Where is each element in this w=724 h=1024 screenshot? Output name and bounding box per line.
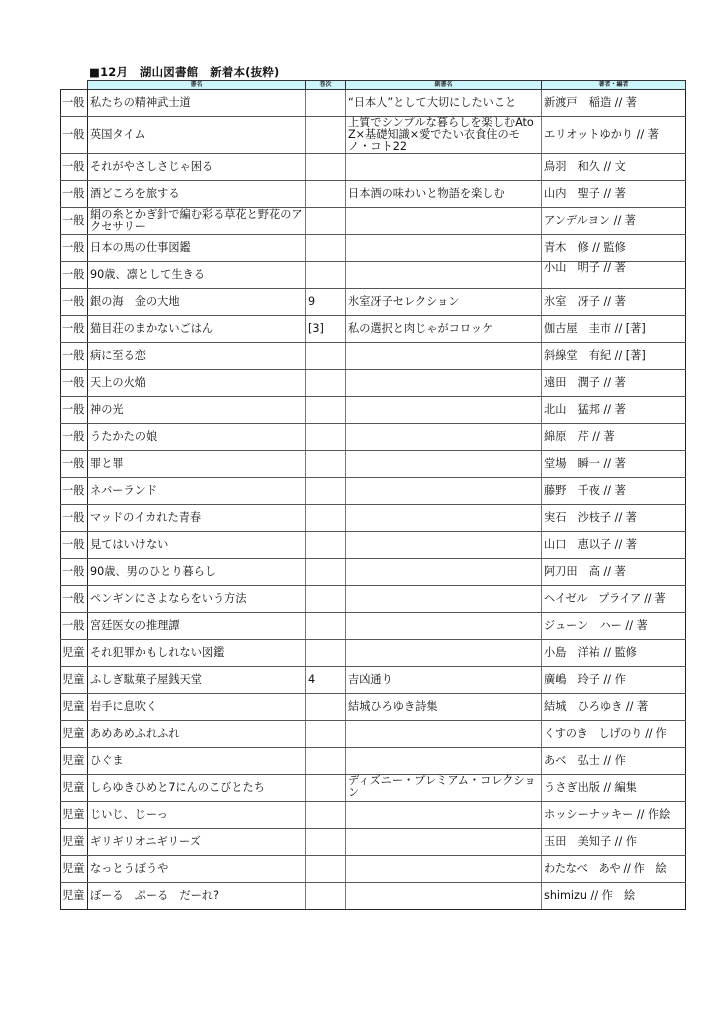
author-cell: 綿原 芹 // 著 <box>542 424 686 451</box>
volume-cell <box>306 262 346 289</box>
category-cell: 児童 <box>61 883 88 910</box>
volume-cell <box>306 343 346 370</box>
author-cell: あべ 弘士 // 作 <box>542 748 686 775</box>
title-cell: 90歳、凛として生きる <box>88 262 306 289</box>
volume-cell <box>306 586 346 613</box>
category-cell: 一般 <box>61 117 88 154</box>
table-row: 一般 罪と罪 堂場 瞬一 // 著 <box>61 451 686 478</box>
author-cell: 北山 猛邦 // 著 <box>542 397 686 424</box>
author-cell: 山内 聖子 // 著 <box>542 181 686 208</box>
subtitle-cell: ディズニー・プレミアム・コレクション <box>346 775 542 802</box>
category-cell: 児童 <box>61 802 88 829</box>
category-cell: 一般 <box>61 181 88 208</box>
table-row: 児童 ギリギリオニギリーズ 玉田 美知子 // 作 <box>61 829 686 856</box>
title-cell: 天上の火焔 <box>88 370 306 397</box>
title-cell: しらゆきひめと7にんのこびとたち <box>88 775 306 802</box>
category-cell: 児童 <box>61 667 88 694</box>
category-cell: 児童 <box>61 640 88 667</box>
table-row: 一般 90歳、凛として生きる 小山 明子 // 著 <box>61 262 686 289</box>
category-cell: 一般 <box>61 343 88 370</box>
subtitle-cell: 結城ひろゆき詩集 <box>346 694 542 721</box>
volume-cell <box>306 478 346 505</box>
author-cell: 氷室 冴子 // 著 <box>542 289 686 316</box>
table-row: 児童 ひぐま あべ 弘士 // 作 <box>61 748 686 775</box>
subtitle-cell <box>346 451 542 478</box>
subtitle-cell <box>346 559 542 586</box>
title-cell: 宮廷医女の推理譚 <box>88 613 306 640</box>
title-cell: 絹の糸とかぎ針で編む彩る草花と野花のアクセサリー <box>88 208 306 235</box>
category-cell: 児童 <box>61 829 88 856</box>
table-row: 一般 ネバーランド 藤野 千夜 // 著 <box>61 478 686 505</box>
subtitle-cell <box>346 640 542 667</box>
subtitle-cell: “日本人”として大切にしたいこと <box>346 90 542 117</box>
category-cell: 一般 <box>61 235 88 262</box>
subtitle-cell <box>346 829 542 856</box>
column-header-subtitle: 副書名 <box>346 81 542 90</box>
author-cell: shimizu // 作 絵 <box>542 883 686 910</box>
author-cell: くすのき しげのり // 作 <box>542 721 686 748</box>
subtitle-cell: 私の選択と肉じゃがコロッケ <box>346 316 542 343</box>
title-cell: 岩手に息吹く <box>88 694 306 721</box>
subtitle-cell <box>346 397 542 424</box>
volume-cell <box>306 90 346 117</box>
author-cell: わたなべ あや // 作 絵 <box>542 856 686 883</box>
title-cell: 銀の海 金の大地 <box>88 289 306 316</box>
category-cell: 一般 <box>61 559 88 586</box>
volume-cell <box>306 559 346 586</box>
table-row: 一般 英国タイム 上質でシンプルな暮らしを楽しむAtoZ×基礎知識×愛でたい衣食… <box>61 117 686 154</box>
title-cell: マッドのイカれた青春 <box>88 505 306 532</box>
volume-cell <box>306 829 346 856</box>
title-cell: 酒どころを旅する <box>88 181 306 208</box>
subtitle-cell: 吉凶通り <box>346 667 542 694</box>
category-cell: 一般 <box>61 262 88 289</box>
column-header-author: 著者・編者 <box>542 81 686 90</box>
volume-cell <box>306 424 346 451</box>
subtitle-cell: 氷室冴子セレクション <box>346 289 542 316</box>
table-row: 児童 ぼーる ぷーる だーれ? shimizu // 作 絵 <box>61 883 686 910</box>
category-cell: 一般 <box>61 208 88 235</box>
author-cell: ジューン ハー // 著 <box>542 613 686 640</box>
category-cell: 一般 <box>61 451 88 478</box>
author-cell: ホッシーナッキー // 作絵 <box>542 802 686 829</box>
table-row: 一般 マッドのイカれた青春 実石 沙枝子 // 著 <box>61 505 686 532</box>
author-cell: 実石 沙枝子 // 著 <box>542 505 686 532</box>
category-cell: 一般 <box>61 154 88 181</box>
author-cell: 玉田 美知子 // 作 <box>542 829 686 856</box>
category-cell: 児童 <box>61 856 88 883</box>
volume-cell <box>306 748 346 775</box>
title-cell: ネバーランド <box>88 478 306 505</box>
table-row: 一般 日本の馬の仕事図鑑 青木 修 // 監修 <box>61 235 686 262</box>
title-cell: 見てはいけない <box>88 532 306 559</box>
table-row: 一般 銀の海 金の大地 9 氷室冴子セレクション 氷室 冴子 // 著 <box>61 289 686 316</box>
table-row: 一般 神の光 北山 猛邦 // 著 <box>61 397 686 424</box>
title-cell: それがやさしさじゃ困る <box>88 154 306 181</box>
category-cell: 一般 <box>61 370 88 397</box>
category-cell: 一般 <box>61 397 88 424</box>
author-cell: 青木 修 // 監修 <box>542 235 686 262</box>
author-cell: 鳥羽 和久 // 文 <box>542 154 686 181</box>
subtitle-cell <box>346 208 542 235</box>
table-row: 一般 私たちの精神武士道 “日本人”として大切にしたいこと 新渡戸 稲造 // … <box>61 90 686 117</box>
category-cell: 一般 <box>61 505 88 532</box>
volume-cell <box>306 181 346 208</box>
title-cell: ペンギンにさよならをいう方法 <box>88 586 306 613</box>
subtitle-cell <box>346 856 542 883</box>
volume-cell <box>306 235 346 262</box>
volume-cell <box>306 721 346 748</box>
title-cell: あめあめふれふれ <box>88 721 306 748</box>
category-cell: 一般 <box>61 532 88 559</box>
volume-cell <box>306 451 346 478</box>
title-cell: ぼーる ぷーる だーれ? <box>88 883 306 910</box>
volume-cell <box>306 117 346 154</box>
author-cell: 山口 恵以子 // 著 <box>542 532 686 559</box>
author-cell: 遠田 潤子 // 著 <box>542 370 686 397</box>
volume-cell <box>306 208 346 235</box>
volume-cell: [3] <box>306 316 346 343</box>
title-cell: うたかたの娘 <box>88 424 306 451</box>
author-cell: うさぎ出版 // 編集 <box>542 775 686 802</box>
author-cell: 斜線堂 有紀 // [著] <box>542 343 686 370</box>
table-header-row: 書名 巻次 副書名 著者・編者 <box>61 81 686 90</box>
subtitle-cell <box>346 532 542 559</box>
table-row: 一般 病に至る恋 斜線堂 有紀 // [著] <box>61 343 686 370</box>
category-cell: 一般 <box>61 424 88 451</box>
volume-cell <box>306 802 346 829</box>
subtitle-cell <box>346 586 542 613</box>
subtitle-cell <box>346 235 542 262</box>
column-header-volume: 巻次 <box>306 81 346 90</box>
title-cell: ふしぎ駄菓子屋銭天堂 <box>88 667 306 694</box>
title-cell: 猫目荘のまかないごはん <box>88 316 306 343</box>
category-cell: 児童 <box>61 775 88 802</box>
author-cell: 廣嶋 玲子 // 作 <box>542 667 686 694</box>
title-cell: 90歳、男のひとり暮らし <box>88 559 306 586</box>
subtitle-cell <box>346 478 542 505</box>
subtitle-cell: 上質でシンプルな暮らしを楽しむAtoZ×基礎知識×愛でたい衣食住のモノ・コト22 <box>346 117 542 154</box>
subtitle-cell <box>346 721 542 748</box>
subtitle-cell <box>346 262 542 289</box>
table-row: 児童 岩手に息吹く 結城ひろゆき詩集 結城 ひろゆき // 著 <box>61 694 686 721</box>
category-cell: 児童 <box>61 721 88 748</box>
page-title: ■12月 湖山図書館 新着本(抜粋) <box>89 64 279 80</box>
volume-cell <box>306 505 346 532</box>
table-row: 児童 しらゆきひめと7にんのこびとたち ディズニー・プレミアム・コレクション う… <box>61 775 686 802</box>
author-cell: 結城 ひろゆき // 著 <box>542 694 686 721</box>
title-cell: 神の光 <box>88 397 306 424</box>
subtitle-cell <box>346 748 542 775</box>
subtitle-cell: 日本酒の味わいと物語を楽しむ <box>346 181 542 208</box>
table-row: 一般 天上の火焔 遠田 潤子 // 著 <box>61 370 686 397</box>
category-cell: 一般 <box>61 90 88 117</box>
author-cell: エリオットゆかり // 著 <box>542 117 686 154</box>
subtitle-cell <box>346 883 542 910</box>
table-row: 一般 絹の糸とかぎ針で編む彩る草花と野花のアクセサリー アンデルヨン // 著 <box>61 208 686 235</box>
volume-cell <box>306 154 346 181</box>
volume-cell <box>306 370 346 397</box>
new-books-table: 書名 巻次 副書名 著者・編者 一般 私たちの精神武士道 “日本人”として大切に… <box>60 80 686 910</box>
volume-cell <box>306 694 346 721</box>
volume-cell <box>306 883 346 910</box>
table-row: 一般 それがやさしさじゃ困る 鳥羽 和久 // 文 <box>61 154 686 181</box>
author-cell: 阿刀田 高 // 著 <box>542 559 686 586</box>
category-cell: 一般 <box>61 613 88 640</box>
table-row: 一般 90歳、男のひとり暮らし 阿刀田 高 // 著 <box>61 559 686 586</box>
category-cell: 一般 <box>61 478 88 505</box>
title-cell: 日本の馬の仕事図鑑 <box>88 235 306 262</box>
subtitle-cell <box>346 613 542 640</box>
title-cell: ひぐま <box>88 748 306 775</box>
column-header-category <box>61 81 88 90</box>
title-cell: じいじ、じーっ <box>88 802 306 829</box>
subtitle-cell <box>346 802 542 829</box>
table-row: 一般 ペンギンにさよならをいう方法 ヘイゼル プライア // 著 <box>61 586 686 613</box>
subtitle-cell <box>346 154 542 181</box>
author-cell: 新渡戸 稲造 // 著 <box>542 90 686 117</box>
table-row: 児童 ふしぎ駄菓子屋銭天堂 4 吉凶通り 廣嶋 玲子 // 作 <box>61 667 686 694</box>
category-cell: 一般 <box>61 316 88 343</box>
volume-cell <box>306 532 346 559</box>
title-cell: ギリギリオニギリーズ <box>88 829 306 856</box>
author-cell: ヘイゼル プライア // 著 <box>542 586 686 613</box>
subtitle-cell <box>346 343 542 370</box>
volume-cell <box>306 397 346 424</box>
category-cell: 一般 <box>61 586 88 613</box>
author-cell: アンデルヨン // 著 <box>542 208 686 235</box>
author-cell: 伽古屋 圭市 // [著] <box>542 316 686 343</box>
title-cell: 病に至る恋 <box>88 343 306 370</box>
category-cell: 児童 <box>61 694 88 721</box>
volume-cell: 9 <box>306 289 346 316</box>
table-row: 児童 それ犯罪かもしれない図鑑 小島 洋祐 // 監修 <box>61 640 686 667</box>
table-row: 一般 うたかたの娘 綿原 芹 // 著 <box>61 424 686 451</box>
author-cell: 小島 洋祐 // 監修 <box>542 640 686 667</box>
table-row: 児童 あめあめふれふれ くすのき しげのり // 作 <box>61 721 686 748</box>
subtitle-cell <box>346 505 542 532</box>
title-cell: それ犯罪かもしれない図鑑 <box>88 640 306 667</box>
column-header-title: 書名 <box>88 81 306 90</box>
table-row: 一般 猫目荘のまかないごはん [3] 私の選択と肉じゃがコロッケ 伽古屋 圭市 … <box>61 316 686 343</box>
title-cell: なっとうぼうや <box>88 856 306 883</box>
subtitle-cell <box>346 370 542 397</box>
volume-cell <box>306 613 346 640</box>
subtitle-cell <box>346 424 542 451</box>
volume-cell <box>306 856 346 883</box>
table-row: 一般 見てはいけない 山口 恵以子 // 著 <box>61 532 686 559</box>
category-cell: 一般 <box>61 289 88 316</box>
volume-cell <box>306 775 346 802</box>
table-body: 一般 私たちの精神武士道 “日本人”として大切にしたいこと 新渡戸 稲造 // … <box>61 90 686 910</box>
table-row: 児童 じいじ、じーっ ホッシーナッキー // 作絵 <box>61 802 686 829</box>
title-cell: 英国タイム <box>88 117 306 154</box>
author-cell: 堂場 瞬一 // 著 <box>542 451 686 478</box>
volume-cell: 4 <box>306 667 346 694</box>
title-cell: 罪と罪 <box>88 451 306 478</box>
table-row: 一般 宮廷医女の推理譚 ジューン ハー // 著 <box>61 613 686 640</box>
title-cell: 私たちの精神武士道 <box>88 90 306 117</box>
category-cell: 児童 <box>61 748 88 775</box>
author-cell: 小山 明子 // 著 <box>542 262 686 289</box>
volume-cell <box>306 640 346 667</box>
author-cell: 藤野 千夜 // 著 <box>542 478 686 505</box>
table-row: 児童 なっとうぼうや わたなべ あや // 作 絵 <box>61 856 686 883</box>
table-row: 一般 酒どころを旅する 日本酒の味わいと物語を楽しむ 山内 聖子 // 著 <box>61 181 686 208</box>
